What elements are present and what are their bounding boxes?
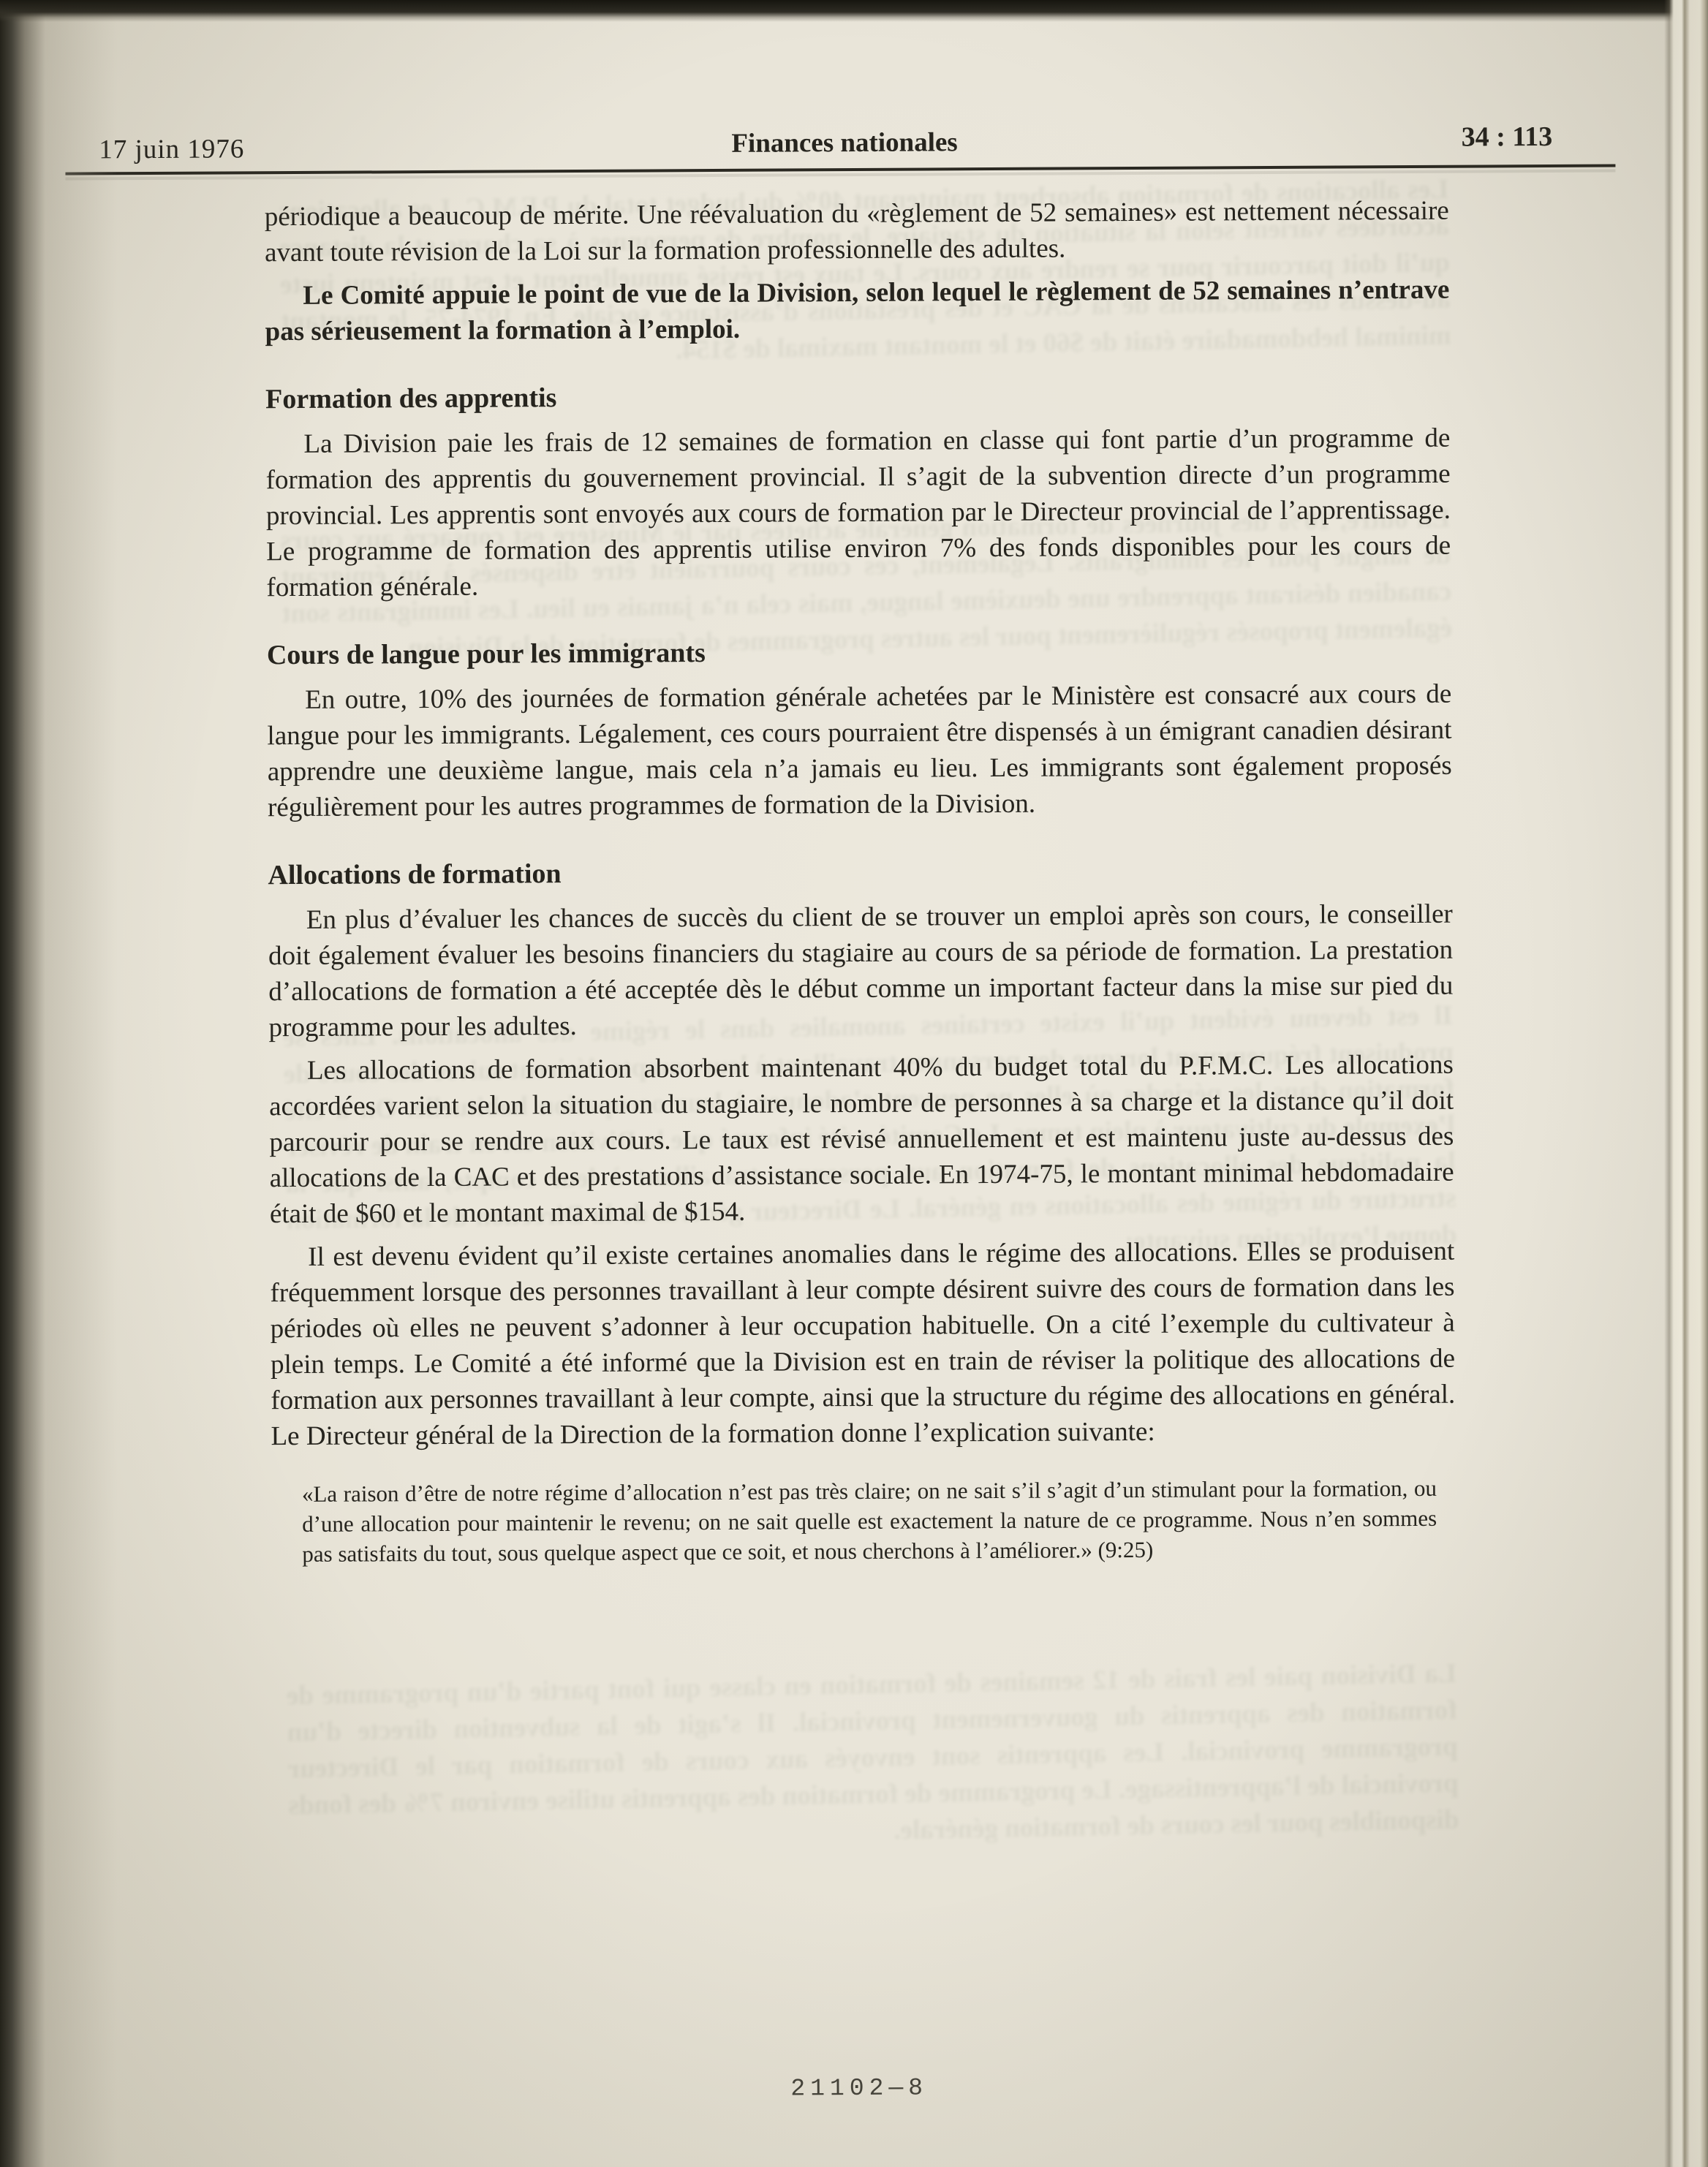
scan-edge-top bbox=[0, 0, 1708, 22]
section-heading-formation-des-apprentis: Formation des apprentis bbox=[265, 376, 1450, 417]
page-surface: Les allocations de formation absorbent m… bbox=[0, 0, 1708, 2167]
section-heading-cours-de-langue-immigrants: Cours de langue pour les immigrants bbox=[267, 632, 1451, 673]
paragraph: La Division paie les frais de 12 semaine… bbox=[265, 420, 1451, 605]
footer-print-code: 21102—8 bbox=[5, 2070, 1708, 2106]
scan-edge-left bbox=[0, 0, 117, 2167]
header-date: 17 juin 1976 bbox=[99, 133, 244, 165]
committee-statement: Le Comité appuie le point de vue de la D… bbox=[265, 272, 1449, 349]
header-title: Finances nationales bbox=[731, 126, 958, 159]
header-rule bbox=[65, 164, 1615, 175]
paragraph-continuation: périodique a beaucoup de mérite. Une réé… bbox=[265, 193, 1449, 271]
scanned-document-page: Les allocations de formation absorbent m… bbox=[0, 0, 1708, 2167]
paragraph: Il est devenu évident qu’il existe certa… bbox=[270, 1233, 1456, 1454]
paragraph: En outre, 10% des journées de formation … bbox=[267, 676, 1452, 825]
paragraph: En plus d’évaluer les chances de succès … bbox=[268, 896, 1454, 1045]
header-page-number: 34 : 113 bbox=[1462, 121, 1553, 154]
block-quotation: «La raison d’être de notre régime d’allo… bbox=[302, 1473, 1437, 1569]
paragraph: Les allocations de formation absorbent m… bbox=[269, 1047, 1454, 1232]
scan-page-edges-right bbox=[1664, 0, 1708, 2167]
text-column: périodique a beaucoup de mérite. Une réé… bbox=[265, 193, 1456, 1569]
section-heading-allocations-de-formation: Allocations de formation bbox=[268, 852, 1452, 893]
bleed-through-text: La Division paie les frais de 12 semaine… bbox=[286, 1656, 1462, 1986]
